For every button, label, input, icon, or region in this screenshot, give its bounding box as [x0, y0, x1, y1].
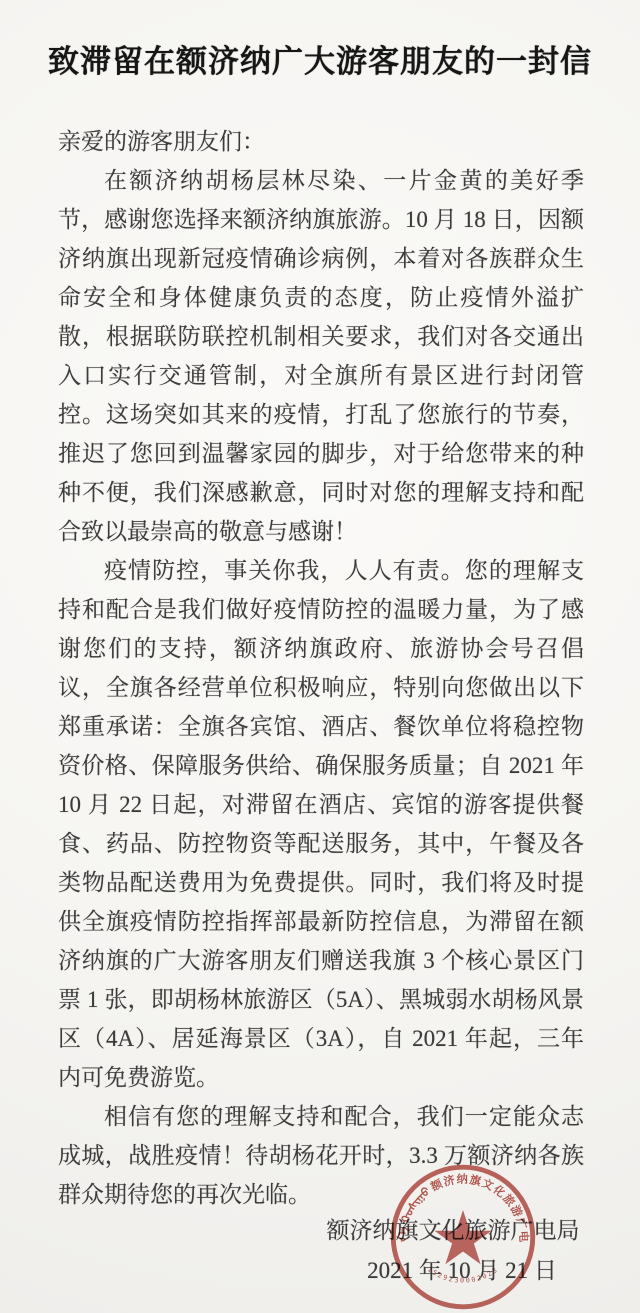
letter-title: 致滞留在额济纳广大游客朋友的一封信 — [0, 36, 640, 81]
letter-body: 亲爱的游客朋友们： 在额济纳胡杨层林尽染、一片金黄的美好季节，感谢您选择来额济纳… — [58, 122, 584, 1214]
seal-star-icon — [435, 1210, 492, 1264]
official-seal: ᠡᠵᠡᠨ᠎ᠡ ᠬᠣᠰᠢᠭᠤ 额济纳旗文化旅游广电局 1529230002023 — [388, 1161, 538, 1313]
paragraph-1: 在额济纳胡杨层林尽染、一片金黄的美好季节，感谢您选择来额济纳旗旅游。10 月 1… — [58, 161, 584, 551]
salutation: 亲爱的游客朋友们： — [58, 122, 584, 161]
paragraph-2: 疫情防控，事关你我，人人有责。您的理解支持和配合是我们做好疫情防控的温暖力量，为… — [58, 551, 584, 1097]
letter-page: 致滞留在额济纳广大游客朋友的一封信 亲爱的游客朋友们： 在额济纳胡杨层林尽染、一… — [0, 0, 640, 1313]
seal-code: 1529230002023 — [426, 1265, 500, 1284]
